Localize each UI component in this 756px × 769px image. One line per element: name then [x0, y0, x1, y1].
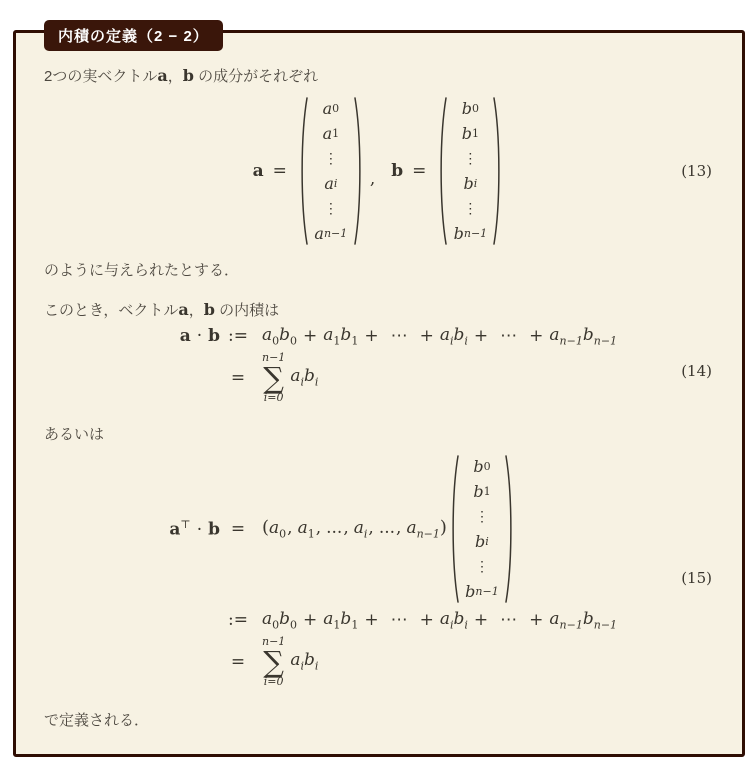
- equation-number-14: (14): [681, 362, 712, 380]
- eq15-expansion: a0b0+a1b1+⋯+aibi+⋯+an−1bn−1: [256, 609, 742, 631]
- vector-entry: b0: [452, 96, 488, 121]
- eq15-lhs: a⊤·b: [168, 518, 220, 540]
- then-text: このとき，ベクトルa，b の内積は: [44, 299, 279, 320]
- vector-a-symbol: a: [178, 300, 188, 319]
- separator-comma: ,: [370, 169, 375, 189]
- definition-panel: 内積の定義（2 − 2） 2つの実ベクトルa，b の成分がそれぞれ a = a0…: [13, 30, 745, 757]
- given-text: のように与えられたとする．: [44, 259, 239, 280]
- vdots: ⋮: [313, 146, 349, 171]
- vector-a-symbol: a: [157, 66, 167, 85]
- equals-sign: =: [220, 368, 256, 388]
- eq14-expansion: a0b0+a1b1+⋯+aibi+⋯+an−1bn−1: [256, 325, 742, 347]
- equation-number-15: (15): [681, 569, 712, 587]
- vector-entry: b1: [452, 121, 488, 146]
- cdots: ⋯: [500, 326, 517, 346]
- vdots: ⋮: [464, 504, 500, 529]
- vector-entry: bn−1: [452, 221, 488, 246]
- summation-icon: n−1∑i=0: [262, 351, 285, 403]
- vector-entry: an−1: [313, 221, 349, 246]
- left-paren-icon: [435, 95, 448, 247]
- defeq-sign: :=: [220, 326, 256, 346]
- eq15-product: (a0,a1,...,ai,...,an−1) b0 b1 ⋮ bi ⋮ bn−…: [256, 453, 742, 605]
- intro-comma: ，: [168, 68, 183, 85]
- cdots: ⋯: [391, 610, 408, 630]
- eq14-sum: n−1∑i=0 aibi: [256, 351, 742, 403]
- then-comma: ，: [189, 302, 204, 319]
- vector-entry: b1: [464, 479, 500, 504]
- intro-post: の成分がそれぞれ: [194, 68, 318, 85]
- then-pre: このとき，ベクトル: [44, 302, 178, 319]
- ldots: ...: [326, 518, 342, 538]
- dot-product-icon: ·: [197, 326, 202, 346]
- vector-entry: a1: [313, 121, 349, 146]
- equation-13: a = a0 a1 ⋮ ai ⋮ an−1 , b = b0 b1 ⋮ bi: [16, 89, 742, 253]
- cdots: ⋯: [500, 610, 517, 630]
- panel-title: 内積の定義（2 − 2）: [44, 20, 223, 51]
- vector-a-symbol: a: [253, 161, 264, 181]
- ldots: ...: [379, 518, 395, 538]
- vdots: ⋮: [452, 196, 488, 221]
- eq14-lhs: a·b: [168, 326, 220, 346]
- vector-b-symbol: b: [204, 300, 215, 319]
- then-post: の内積は: [215, 302, 279, 319]
- vector-a-definition: a = a0 a1 ⋮ ai ⋮ an−1: [253, 95, 366, 247]
- vector-entry: ai: [313, 171, 349, 196]
- row-vector-a: (a0,a1,...,ai,...,an−1): [262, 517, 447, 540]
- vector-b-entries: b0 b1 ⋮ bi ⋮ bn−1: [460, 454, 504, 604]
- vdots: ⋮: [464, 554, 500, 579]
- eq15-sum: n−1∑i=0 aibi: [256, 635, 742, 687]
- vector-entry: a0: [313, 96, 349, 121]
- left-paren-icon: [296, 95, 309, 247]
- vdots: ⋮: [313, 196, 349, 221]
- vector-b-entries: b0 b1 ⋮ bi ⋮ bn−1: [448, 96, 492, 246]
- intro-text: 2つの実ベクトルa，b の成分がそれぞれ: [44, 65, 318, 86]
- vector-entry: bn−1: [464, 579, 500, 604]
- vector-entry: bi: [452, 171, 488, 196]
- defeq-sign: :=: [220, 610, 256, 630]
- equation-14: a·b := a0b0+a1b1+⋯+aibi+⋯+an−1bn−1 = n−1…: [16, 325, 742, 417]
- vector-b-symbol: b: [391, 161, 403, 181]
- cdots: ⋯: [391, 326, 408, 346]
- right-paren-icon: [353, 95, 366, 247]
- left-paren-icon: [447, 453, 460, 605]
- right-paren-icon: [504, 453, 517, 605]
- equation-number-13: (13): [681, 162, 712, 180]
- vector-a-entries: a0 a1 ⋮ ai ⋮ an−1: [309, 96, 353, 246]
- equals-sign: =: [220, 519, 256, 539]
- equals-sign: =: [220, 652, 256, 672]
- vector-b-symbol: b: [183, 66, 194, 85]
- intro-pre: 2つの実ベクトル: [44, 68, 157, 85]
- equation-15: a⊤·b = (a0,a1,...,ai,...,an−1) b0 b1 ⋮ b…: [16, 453, 742, 703]
- right-paren-icon: [492, 95, 505, 247]
- defined-text: で定義される．: [44, 709, 149, 730]
- equals-sign: =: [412, 161, 426, 181]
- summation-icon: n−1∑i=0: [262, 635, 285, 687]
- dot-product-icon: ·: [197, 520, 202, 540]
- equals-sign: =: [273, 161, 287, 181]
- vector-entry: bi: [464, 529, 500, 554]
- vdots: ⋮: [452, 146, 488, 171]
- vector-entry: b0: [464, 454, 500, 479]
- vector-b-definition: b = b0 b1 ⋮ bi ⋮ bn−1: [391, 95, 505, 247]
- or-text: あるいは: [44, 423, 104, 444]
- transpose-icon: ⊤: [180, 518, 190, 531]
